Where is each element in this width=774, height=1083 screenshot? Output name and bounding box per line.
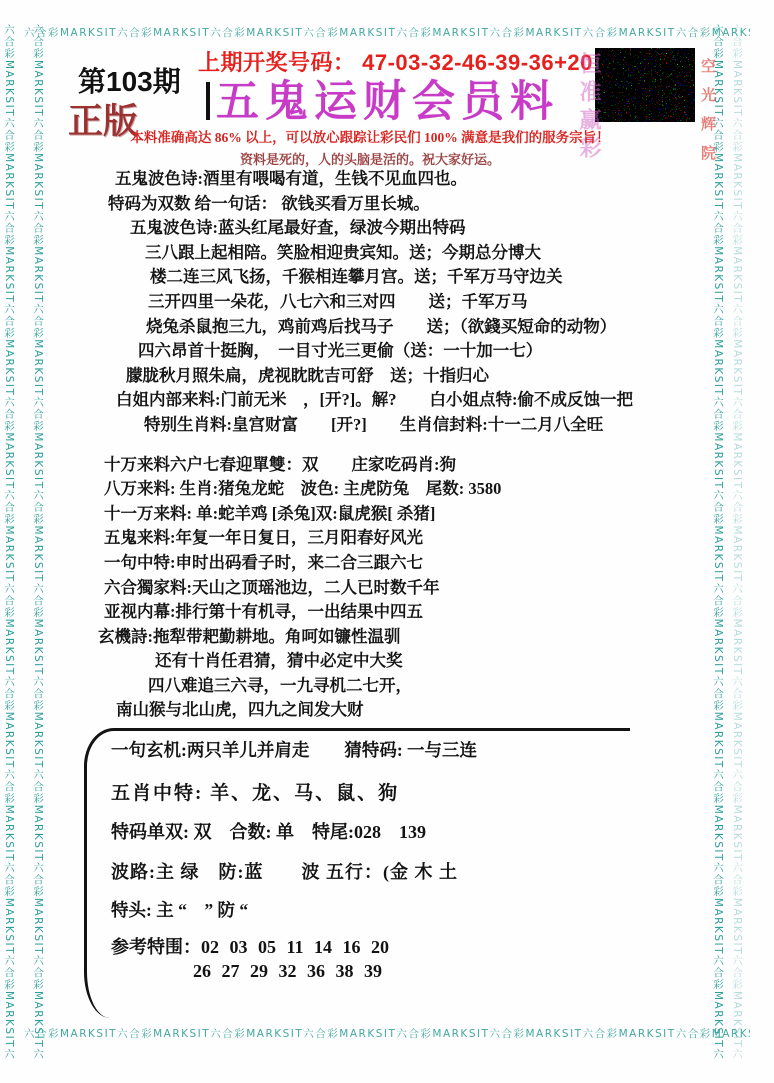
head-number-pick: 特头: 主 “ ” 防 “ (111, 897, 630, 922)
odd-even-pick: 特码单双: 双 合数: 单 特尾:028 139 (111, 818, 630, 844)
tip-line: 十一万来料: 单:蛇羊鸡 [杀兔]双:鼠虎猴[ 杀猪] (60, 502, 725, 527)
border-left-outer-marksit: 六合彩MARKSIT六合彩MARKSIT六合彩MARKSIT六合彩MARKSIT… (2, 24, 17, 1059)
accuracy-slogan: 本料准确高达 86% 以上，可以放心跟踪让彩民们 100% 满意是我们的服务宗旨… (60, 126, 680, 146)
page-title: 五鬼运财会员料 (216, 68, 559, 129)
tip-line: 十万来料六户七春迎單雙：双 庄家吃码肖:狗 (60, 453, 725, 478)
tip-line: 朦胧秋月照朱扁，虎视眈眈吉可舒 送；十指归心 (60, 364, 725, 389)
border-right-outer-marksit: 六合彩MARKSIT六合彩MARKSIT六合彩MARKSIT六合彩MARKSIT… (730, 24, 745, 1059)
good-luck-motto: 资料是死的，人的头脑是活的。祝大家好运。 (60, 149, 680, 168)
tip-lines-section: 五鬼波色诗:酒里有喂喝有道，生钱不见血四也。 特码为双数 给一句话： 欲钱买看万… (60, 167, 725, 723)
tip-line: 白姐内部来料:门前无米 ，[开?]。解? 白小姐点特:偷不成反蚀一把 (60, 388, 725, 413)
tip-line: 特别生肖料:皇宫财富 [开?] 生肖信封料:十一二月八全旺 (60, 413, 725, 438)
tip-line: 烧兔杀鼠抱三九，鸡前鸡后找马子 送；（欲錢买短命的动物） (60, 315, 725, 340)
tip-line: 还有十肖任君猜，猜中必定中大奖 (60, 649, 725, 674)
title-divider-bar (206, 82, 210, 120)
tip-line: 一句中特:申时出码看子时，来二合三跟六七 (60, 551, 725, 576)
reference-numbers-line1: 参考特围：02 03 05 11 14 16 20 (111, 933, 630, 959)
tip-line: 玄機詩:拖犁带耙勤耕地。角呵如镰性温驯 (60, 625, 725, 650)
tip-line: 五鬼波色诗:酒里有喂喝有道，生钱不见血四也。 (60, 167, 725, 192)
prediction-box: 一句玄机:两只羊儿并肩走 猜特码: 一与三连 五肖中特: 羊、龙、马、鼠、狗 特… (84, 728, 630, 1018)
tip-line: 八万来料: 生肖:猪兔龙蛇 波色: 主虎防兔 尾数: 3580 (60, 477, 725, 502)
side-text-red: 空光辉院 (697, 58, 718, 174)
tip-line: 五鬼来料:年复一年日复日，三月阳春好风光 (60, 526, 725, 551)
tip-line: 南山猴与北山虎，四九之间发大财 (60, 698, 725, 723)
tip-line: 三八跟上起相陪。笑脸相迎贵宾知。送；今期总分博大 (60, 241, 725, 266)
qr-noise-image (595, 48, 695, 122)
tip-line: 六合獨家料:天山之顶瑶池边，二人已时数千年 (60, 576, 725, 601)
wave-color-pick: 波路:主 绿 防:蓝 波 五行：(金 木 土 (111, 858, 630, 884)
tip-line: 四六昂首十挺胸， 一目寸光三更偷（送：一十加一七） (60, 339, 725, 364)
mystery-sentence: 一句玄机:两只羊儿并肩走 猜特码: 一与三连 (111, 737, 630, 762)
tip-line: 楼二连三风飞扬，千猴相连攀月宫。送；千军万马守边关 (60, 265, 725, 290)
border-bottom-marksit: 六合彩MARKSIT六合彩MARKSIT六合彩MARKSIT六合彩MARKSIT… (24, 1026, 750, 1041)
tip-line: 三开四里一朵花，八七六和三对四 送；千军万马 (60, 290, 725, 315)
side-text-magenta: 恒准赢彩 (574, 52, 605, 164)
border-left-inner-marksit: 六合彩MARKSIT六合彩MARKSIT六合彩MARKSIT六合彩MARKSIT… (31, 24, 46, 1059)
border-top-marksit: 六合彩MARKSIT六合彩MARKSIT六合彩MARKSIT六合彩MARKSIT… (24, 25, 750, 40)
five-zodiac-pick: 五肖中特: 羊、龙、马、鼠、狗 (111, 778, 630, 805)
tip-line: 四八难追三六寻，一九寻机二七开， (60, 674, 725, 699)
tip-line: 五鬼波色诗:蓝头红尾最好查，绿波今期出特码 (60, 216, 725, 241)
reference-numbers-line2: 26 27 29 32 36 38 39 (111, 961, 630, 982)
tip-sheet-page: 六合彩MARKSIT六合彩MARKSIT六合彩MARKSIT六合彩MARKSIT… (0, 0, 774, 1083)
tip-line: 特码为双数 给一句话： 欲钱买看万里长城。 (60, 192, 725, 217)
tip-line: 亚视内幕:排行第十有机寻，一出结果中四五 (60, 600, 725, 625)
